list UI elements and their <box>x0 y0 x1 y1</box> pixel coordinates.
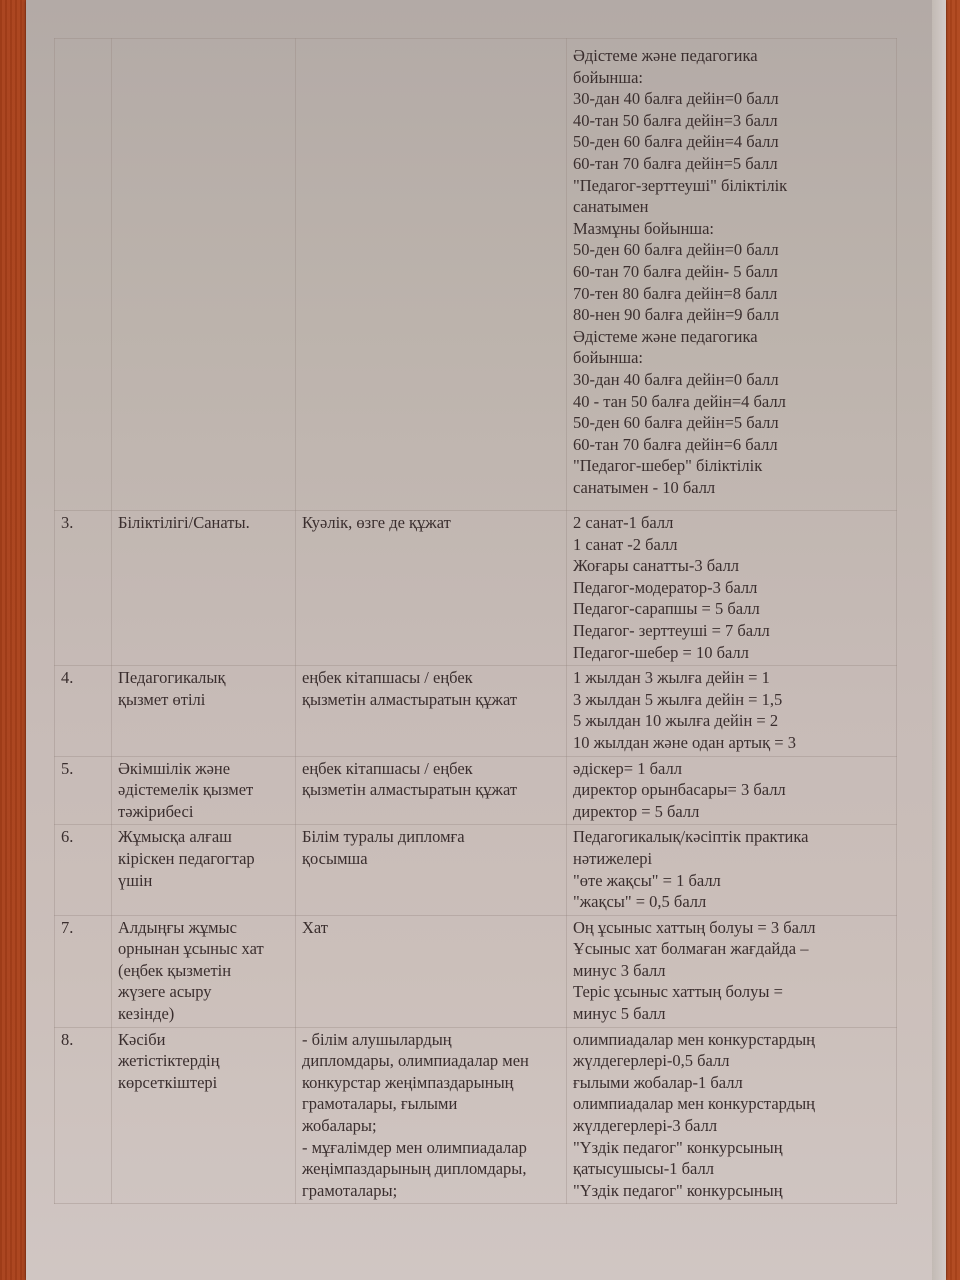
points-line: Әдістеме және педагогика <box>573 326 890 348</box>
points-line: 50-ден 60 балға дейін=4 балл <box>573 131 890 153</box>
row-criterion: Педагогикалық қызмет өтілі <box>118 667 289 710</box>
points-line: бойынша: <box>573 67 890 89</box>
row-number: 8. <box>61 1029 105 1051</box>
points-line: 30-дан 40 балға дейін=0 балл <box>573 369 890 391</box>
table-row: 5. Әкімшілік және әдістемелік қызмет тәж… <box>55 756 897 825</box>
points-line: 60-тан 70 балға дейін=5 балл <box>573 153 890 175</box>
row-document: Хат <box>302 917 560 939</box>
row-criterion: Алдыңғы жұмыс орнынан ұсыныс хат (еңбек … <box>118 917 289 1025</box>
points-line: санатымен <box>573 196 890 218</box>
cell-points: Әдістеме және педагогикабойынша:30-дан 4… <box>567 39 897 511</box>
row-criterion: Біліктілігі/Санаты. <box>118 512 289 534</box>
points-line: "Педагог-зерттеуші" біліктілік <box>573 175 890 197</box>
table-row: 4. Педагогикалық қызмет өтілі еңбек кіта… <box>55 666 897 756</box>
points-line: 70-тен 80 балға дейін=8 балл <box>573 283 890 305</box>
row-number: 5. <box>61 758 105 780</box>
points-line: 50-ден 60 балға дейін=0 балл <box>573 239 890 261</box>
points-line: бойынша: <box>573 347 890 369</box>
points-line: 40 - тан 50 балға дейін=4 балл <box>573 391 890 413</box>
table-row: 8. Кәсіби жетістіктердің көрсеткіштері -… <box>55 1027 897 1204</box>
points-line: Мазмұны бойынша: <box>573 218 890 240</box>
row-document: - білім алушылардың дипломдары, олимпиад… <box>302 1029 560 1202</box>
row-points: олимпиадалар мен конкурстардың жүлдегерл… <box>573 1029 890 1202</box>
points-line: 60-тан 70 балға дейін=6 балл <box>573 434 890 456</box>
row-document: еңбек кітапшасы / еңбек қызметін алмасты… <box>302 758 560 801</box>
points-line: Әдістеме және педагогика <box>573 45 890 67</box>
points-line: "Педагог-шебер" біліктілік <box>573 455 890 477</box>
points-line: санатымен - 10 балл <box>573 477 890 499</box>
points-line: 80-нен 90 балға дейін=9 балл <box>573 304 890 326</box>
row-criterion: Әкімшілік және әдістемелік қызмет тәжіри… <box>118 758 289 823</box>
cell-criterion <box>112 39 296 511</box>
points-line: 40-тан 50 балға дейін=3 балл <box>573 110 890 132</box>
row-points: Педагогикалық/кәсіптік практика нәтижеле… <box>573 826 890 912</box>
cell-document <box>296 39 567 511</box>
row-document: Білім туралы дипломға қосымша <box>302 826 560 869</box>
document-page: Әдістеме және педагогикабойынша:30-дан 4… <box>54 38 896 1204</box>
row-number: 6. <box>61 826 105 848</box>
points-line: 60-тан 70 балға дейін- 5 балл <box>573 261 890 283</box>
row-document: еңбек кітапшасы / еңбек қызметін алмасты… <box>302 667 560 710</box>
row-document: Куәлік, өзге де құжат <box>302 512 560 534</box>
row-number: 4. <box>61 667 105 689</box>
paper-edge <box>932 0 946 1280</box>
points-line: 50-ден 60 балға дейін=5 балл <box>573 412 890 434</box>
row-criterion: Кәсіби жетістіктердің көрсеткіштері <box>118 1029 289 1094</box>
row-points: 2 санат-1 балл 1 санат -2 балл Жоғары са… <box>573 512 890 663</box>
points-line: 30-дан 40 балға дейін=0 балл <box>573 88 890 110</box>
table-row: 3. Біліктілігі/Санаты. Куәлік, өзге де қ… <box>55 511 897 666</box>
criteria-table: Әдістеме және педагогикабойынша:30-дан 4… <box>54 38 897 1204</box>
cell-number <box>55 39 112 511</box>
row-points: әдіскер= 1 балл директор орынбасары= 3 б… <box>573 758 890 823</box>
row-points: Оң ұсыныс хаттың болуы = 3 балл Ұсыныс х… <box>573 917 890 1025</box>
row-number: 7. <box>61 917 105 939</box>
paper-sheet: Әдістеме және педагогикабойынша:30-дан 4… <box>26 0 946 1280</box>
points-list: Әдістеме және педагогикабойынша:30-дан 4… <box>573 45 890 498</box>
table-row: 6. Жұмысқа алғаш кірiскен педагогтар үші… <box>55 825 897 915</box>
row-number: 3. <box>61 512 105 534</box>
table-row-continued: Әдістеме және педагогикабойынша:30-дан 4… <box>55 39 897 511</box>
table-row: 7. Алдыңғы жұмыс орнынан ұсыныс хат (еңб… <box>55 915 897 1027</box>
row-points: 1 жылдан 3 жылға дейін = 1 3 жылдан 5 жы… <box>573 667 890 753</box>
row-criterion: Жұмысқа алғаш кірiскен педагогтар үшін <box>118 826 289 891</box>
